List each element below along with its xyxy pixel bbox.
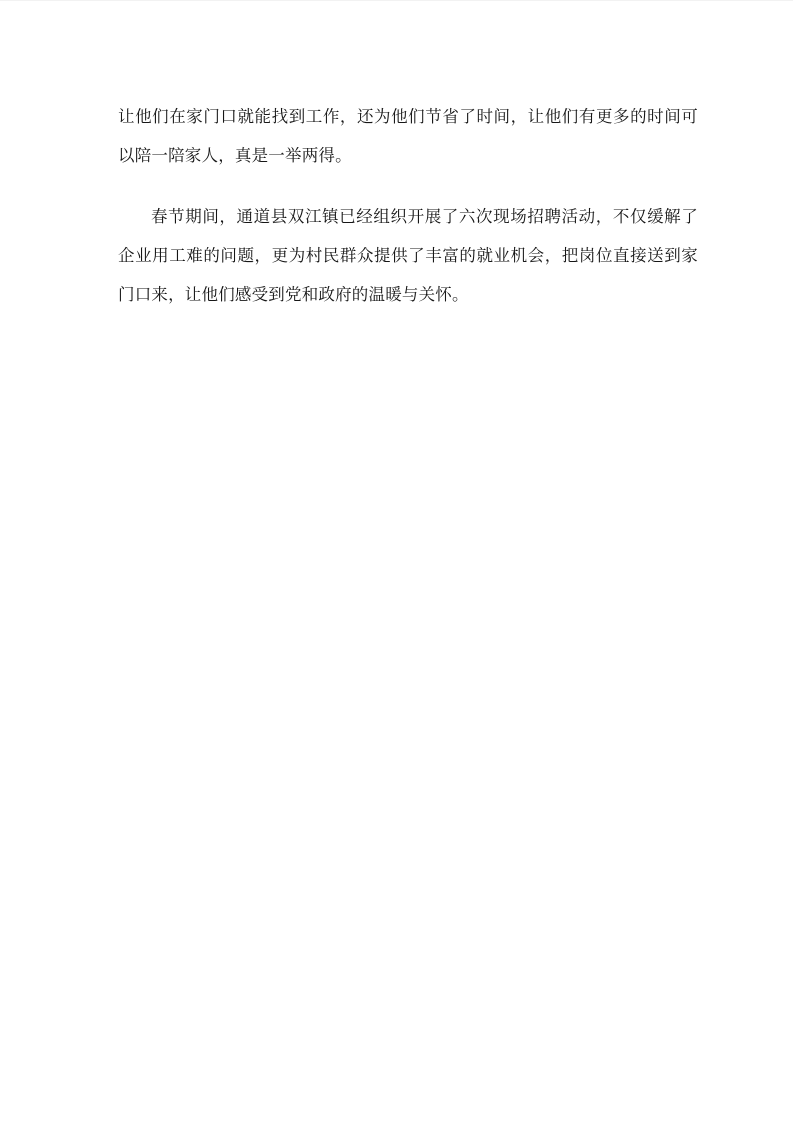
document-text-block: 让他们在家门口就能找到工作，还为他们节省了时间，让他们有更多的时间可以陪一陪家人… bbox=[118, 97, 698, 314]
paragraph: 春节期间，通道县双江镇已经组织开展了六次现场招聘活动，不仅缓解了企业用工难的问题… bbox=[118, 197, 698, 314]
paragraph: 让他们在家门口就能找到工作，还为他们节省了时间，让他们有更多的时间可以陪一陪家人… bbox=[118, 97, 698, 175]
document-page: 让他们在家门口就能找到工作，还为他们节省了时间，让他们有更多的时间可以陪一陪家人… bbox=[0, 1, 793, 1122]
document-viewport: { "page": { "background_color": "#ffffff… bbox=[0, 0, 793, 1122]
